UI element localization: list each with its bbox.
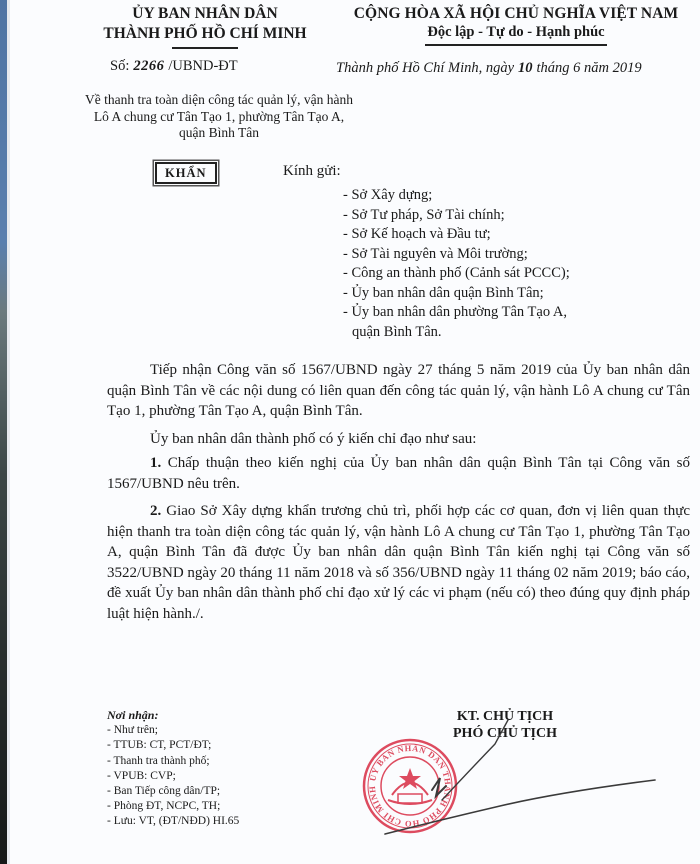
- seal-and-signature: ỦY BAN NHÂN DÂN THÀNH PHỐ HỒ CHÍ MINH KT…: [0, 0, 700, 864]
- official-seal-icon: ỦY BAN NHÂN DÂN THÀNH PHỐ HỒ CHÍ MINH: [364, 740, 456, 832]
- signature-title-1: KT. CHỦ TỊCH: [457, 707, 553, 724]
- svg-text:ỦY BAN NHÂN DÂN THÀNH PHỐ HỒ C: ỦY BAN NHÂN DÂN THÀNH PHỐ HỒ CHÍ MINH: [367, 743, 453, 829]
- seal-text: ỦY BAN NHÂN DÂN THÀNH PHỐ HỒ CHÍ MINH: [367, 743, 453, 829]
